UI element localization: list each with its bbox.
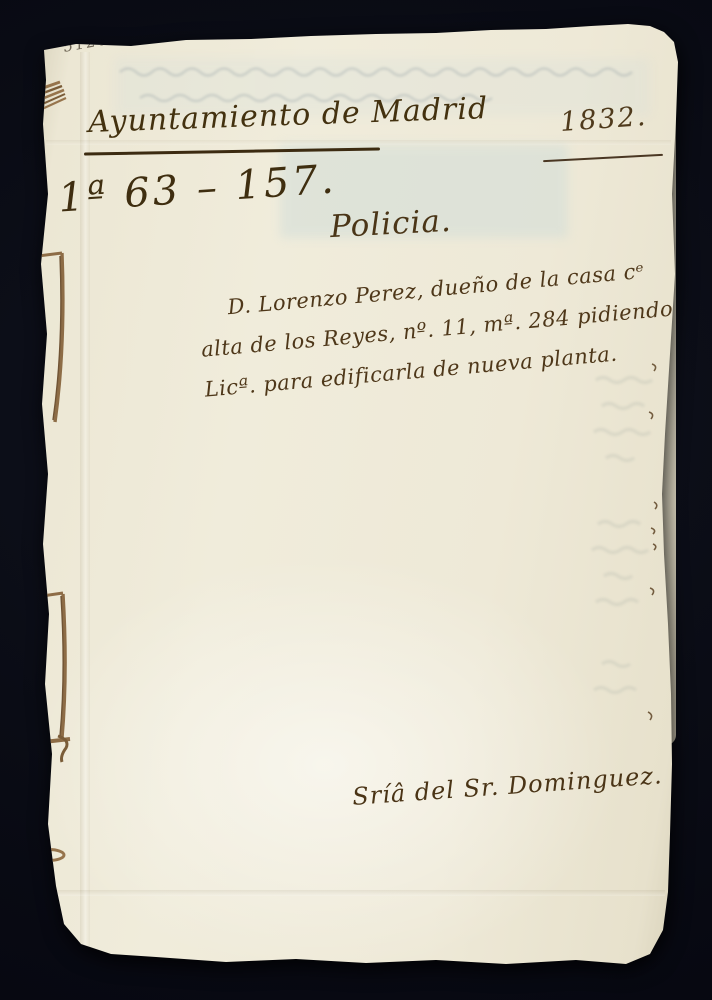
manuscript-page: 5120 Ayuntamiento de Madrid 1832. 1ª 63 … [36,24,678,974]
section-title: Policia. [329,203,452,245]
ghost-text-right [592,378,652,693]
year-label: 1832. [559,101,648,138]
binding-stitch-lower [35,593,70,762]
photo-backdrop: 5120 Ayuntamiento de Madrid 1832. 1ª 63 … [0,0,712,1000]
binding-thread-top-tuft [26,82,66,109]
binding-thread-bottom-loop [34,850,64,861]
crease-horizontal-top [46,140,671,145]
binding-stitch-upper [38,253,63,422]
crease-horizontal-bottom [50,890,665,896]
page-decorations [36,24,678,974]
page-edge-ink-marks [648,364,657,720]
